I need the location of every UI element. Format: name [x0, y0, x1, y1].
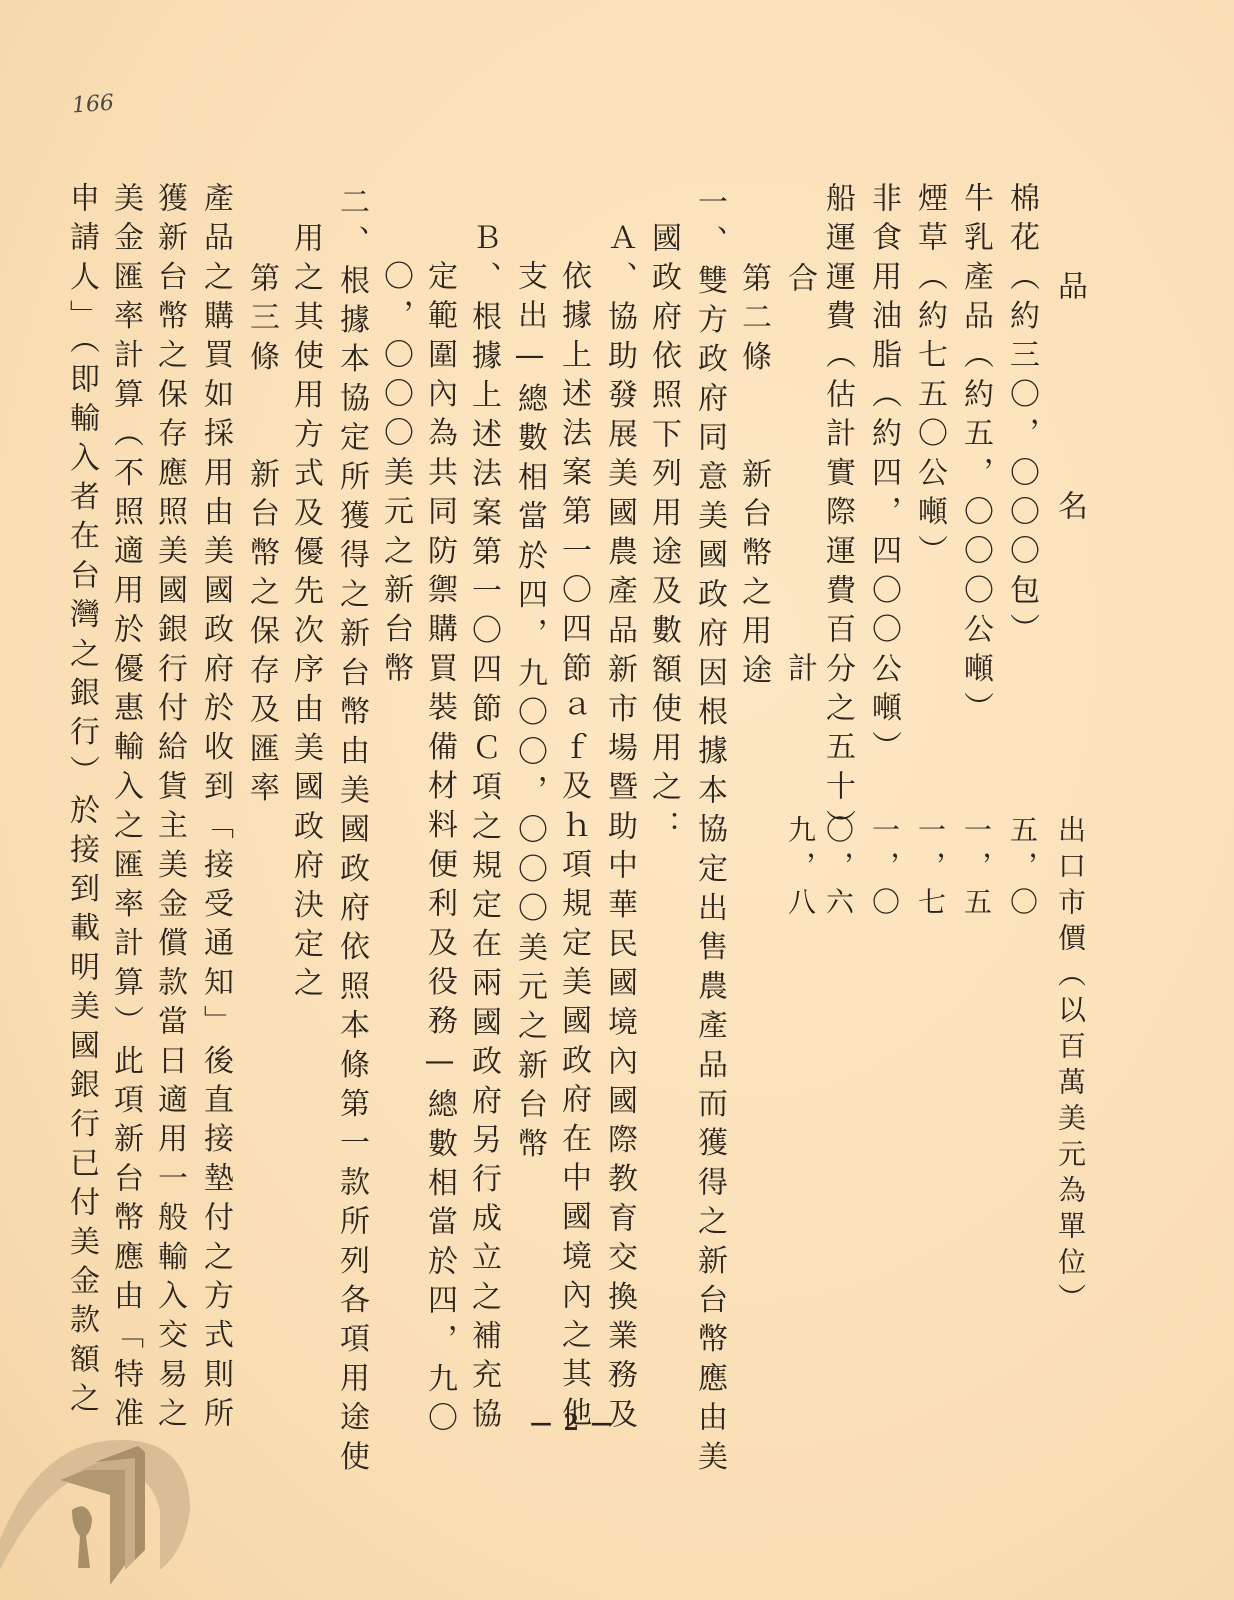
page-footer-number: — 2 — — [530, 1410, 615, 1436]
library-logo-icon — [0, 1400, 230, 1600]
body-text-column: 申請人」（即輸入者在台灣之銀行）於接到載明美國銀行已付美金款額之 — [66, 182, 96, 1421]
table-row-item: 合 計 — [784, 262, 814, 782]
body-text-column: 美金匯率計算（不照適用於優惠輸入之匯率計算）此項新台幣應由「特准 — [110, 182, 140, 1436]
table-row-item: 煙草（約七五〇公噸） — [914, 182, 944, 574]
table-header-item: 品 名 — [1054, 270, 1084, 534]
body-text-column: Ｂ、根據上述法案第一〇四節Ｃ項之規定在兩國政府另行成立之補充協 — [468, 222, 498, 1437]
table-row-item: 棉花（約三〇，〇〇〇包） — [1006, 182, 1036, 652]
table-row-value: 〇，六 — [824, 815, 852, 923]
table-row-item: 船運運費（估計實際運費百分之五十） — [822, 182, 852, 848]
body-text-column: 定範圍內為共同防禦購買裝備材料便利及役務—總數相當於四，九〇 — [424, 260, 454, 1441]
table-row-value: 一，五 — [962, 815, 990, 923]
table-row-value: 一，〇 — [870, 815, 898, 923]
body-text-column: 產品之購買如採用由美國政府於收到「接受通知」後直接墊付之方式則所 — [200, 182, 230, 1436]
body-text-column: 支出—總數相當於四，九〇〇，〇〇〇美元之新台幣 — [514, 260, 544, 1167]
body-text-column: 依據上述法案第一〇四節ａｆ及ｈ項規定美國政府在中國境內之其他 — [558, 260, 588, 1436]
body-text-column: 獲新台幣之保存應照美國銀行付給貨主美金償款當日適用一般輸入交易之 — [154, 182, 184, 1436]
body-text-column: 二、根據本協定所獲得之新台幣由美國政府依照本條第一款所列各項用途使 — [336, 186, 366, 1480]
table-row-value: 一，七 — [916, 815, 944, 923]
body-text-column: 用之其使用方式及優先次序由美國政府決定之 — [290, 222, 320, 1006]
article-heading: 第三條 新台幣之保存及匯率 — [246, 262, 276, 811]
body-text-column: Ａ、協助發展美國農產品新市場暨助中華民國境內國際教育交換業務及 — [604, 222, 634, 1437]
body-text-column: 國政府依照下列用途及數額使用之： — [648, 222, 678, 849]
handwritten-page-number: 166 — [71, 91, 115, 119]
body-text-column: 〇，〇〇〇美元之新台幣 — [380, 260, 410, 691]
table-header-value: 出口市價（以百萬美元為單位） — [1056, 815, 1084, 1319]
table-row-value: 九，八 — [786, 815, 814, 923]
table-row-item: 牛乳產品（約五，〇〇〇公噸） — [960, 182, 990, 731]
table-row-value: 五，〇 — [1008, 815, 1036, 923]
article-heading: 第二條 新台幣之用途 — [738, 262, 768, 693]
body-text-column: 一、雙方政府同意美國政府因根據本協定出售農產品而獲得之新台幣應由美 — [694, 186, 724, 1480]
table-row-item: 非食用油脂（約四，四〇〇公噸） — [868, 182, 898, 770]
